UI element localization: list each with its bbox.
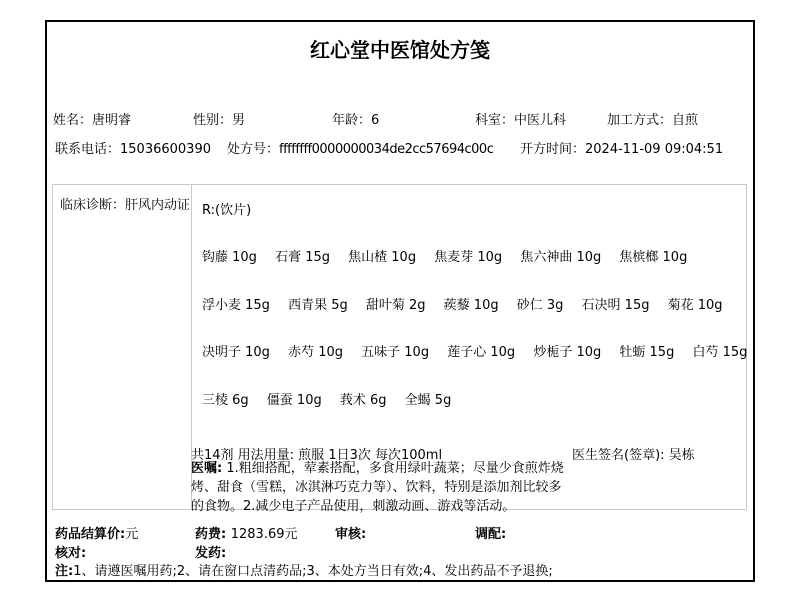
herb-item: 白芍 15g: [692, 345, 747, 360]
field-label: 处方号：: [227, 142, 279, 157]
field-label: 药品结算价:: [55, 527, 125, 542]
field-value: 吴栋: [669, 448, 695, 463]
rx-header: R:(饮片): [202, 199, 251, 218]
herb-item: 莪术 6g: [340, 393, 387, 408]
dispense-field: 发药:: [195, 542, 226, 561]
field-value: 1283.69元: [231, 527, 298, 542]
field-label: 开方时间：: [520, 142, 585, 157]
doctor-signature: 医生签名(签章): 吴栋: [572, 444, 695, 463]
field-value: 自煎: [672, 113, 698, 128]
medical-advice: 医嘱: 1.粗细搭配，荤素搭配，多食用绿叶蔬菜；尽量少食煎炸烧烤、甜食（雪糕，冰…: [191, 459, 569, 516]
herb-item: 焦麦芽 10g: [434, 250, 502, 265]
herb-item: 石膏 15g: [275, 250, 330, 265]
herb-item: 莲子心 10g: [447, 345, 515, 360]
herb-item: 甜叶菊 2g: [366, 298, 426, 313]
field-label: 加工方式：: [607, 113, 672, 128]
field-value: ffffffff0000000034de2cc57694c00c: [279, 142, 493, 157]
herb-item: 浮小麦 15g: [202, 298, 270, 313]
field-age: 年龄：6: [332, 109, 379, 128]
field-department: 科室：中医儿科: [475, 109, 566, 128]
medicine-fee: 药费: 1283.69元: [195, 523, 298, 542]
clinical-diagnosis: 临床诊断：肝风内动证: [60, 196, 193, 215]
field-value: 唐明睿: [92, 113, 131, 128]
field-issue-time: 开方时间：2024-11-09 09:04:51: [520, 138, 723, 157]
herb-item: 五味子 10g: [361, 345, 429, 360]
field-label: 联系电话：: [55, 142, 120, 157]
herb-item: 西青果 5g: [288, 298, 348, 313]
field-label: 科室：: [475, 113, 514, 128]
field-phone: 联系电话：15036600390: [55, 138, 211, 157]
field-label: 年龄：: [332, 113, 371, 128]
herb-item: 僵蚕 10g: [267, 393, 322, 408]
field-value: 15036600390: [120, 142, 211, 157]
herb-item: 砂仁 3g: [517, 298, 564, 313]
field-patient-name: 姓名：唐明睿: [53, 109, 131, 128]
field-value: 2024-11-09 09:04:51: [585, 142, 723, 157]
herb-row: 浮小麦 15g 西青果 5g 甜叶菊 2g 蒺藜 10g 砂仁 3g 石决明 1…: [202, 294, 737, 313]
herb-item: 三棱 6g: [202, 393, 249, 408]
field-gender: 性别：男: [193, 109, 245, 128]
herb-item: 焦槟榔 10g: [619, 250, 687, 265]
field-value: 男: [232, 113, 245, 128]
herb-item: 牡蛎 15g: [619, 345, 674, 360]
herb-item: 焦六神曲 10g: [520, 250, 601, 265]
field-value: 中医儿科: [514, 113, 566, 128]
advice-label: 医嘱:: [191, 461, 222, 476]
herb-row: 钩藤 10g 石膏 15g 焦山楂 10g 焦麦芽 10g 焦六神曲 10g 焦…: [202, 246, 701, 265]
field-label: 药费:: [195, 527, 231, 542]
herb-item: 菊花 10g: [668, 298, 723, 313]
field-label: 医生签名(签章):: [572, 448, 669, 463]
field-prescription-number: 处方号：ffffffff0000000034de2cc57694c00c: [227, 138, 493, 157]
herb-item: 决明子 10g: [202, 345, 270, 360]
page-title: 红心堂中医馆处方笺: [0, 34, 800, 63]
note-label: 注:: [55, 564, 73, 579]
herb-item: 焦山楂 10g: [348, 250, 416, 265]
field-processing-method: 加工方式：自煎: [607, 109, 698, 128]
footer-note: 注:1、请遵医嘱用药;2、请在窗口点清药品;3、本处方当日有效;4、发出药品不予…: [55, 560, 553, 579]
field-label: 临床诊断：: [60, 198, 125, 213]
advice-text: 1.粗细搭配，荤素搭配，多食用绿叶蔬菜；尽量少食煎炸烧烤、甜食（雪糕，冰淇淋巧克…: [191, 461, 564, 514]
settle-price: 药品结算价:元: [55, 523, 138, 542]
review-field: 审核:: [335, 523, 366, 542]
herb-item: 钩藤 10g: [202, 250, 257, 265]
field-value: 元: [125, 527, 138, 542]
field-label: 姓名：: [53, 113, 92, 128]
check-field: 核对:: [55, 542, 86, 561]
herb-item: 石决明 15g: [582, 298, 650, 313]
allocate-field: 调配:: [475, 523, 506, 542]
herb-item: 蒺藜 10g: [444, 298, 499, 313]
field-value: 肝风内动证: [125, 198, 190, 213]
field-label: 性别：: [193, 113, 232, 128]
herb-item: 炒栀子 10g: [533, 345, 601, 360]
herb-row: 三棱 6g 僵蚕 10g 莪术 6g 全蝎 5g: [202, 389, 465, 408]
note-text: 1、请遵医嘱用药;2、请在窗口点清药品;3、本处方当日有效;4、发出药品不予退换…: [73, 564, 553, 579]
herb-item: 全蝎 5g: [405, 393, 452, 408]
prescription-page: 红心堂中医馆处方笺 姓名：唐明睿 性别：男 年龄：6 科室：中医儿科 加工方式：…: [0, 0, 800, 600]
herb-item: 赤芍 10g: [288, 345, 343, 360]
field-value: 6: [371, 113, 379, 128]
herb-row: 决明子 10g 赤芍 10g 五味子 10g 莲子心 10g 炒栀子 10g 牡…: [202, 341, 761, 360]
